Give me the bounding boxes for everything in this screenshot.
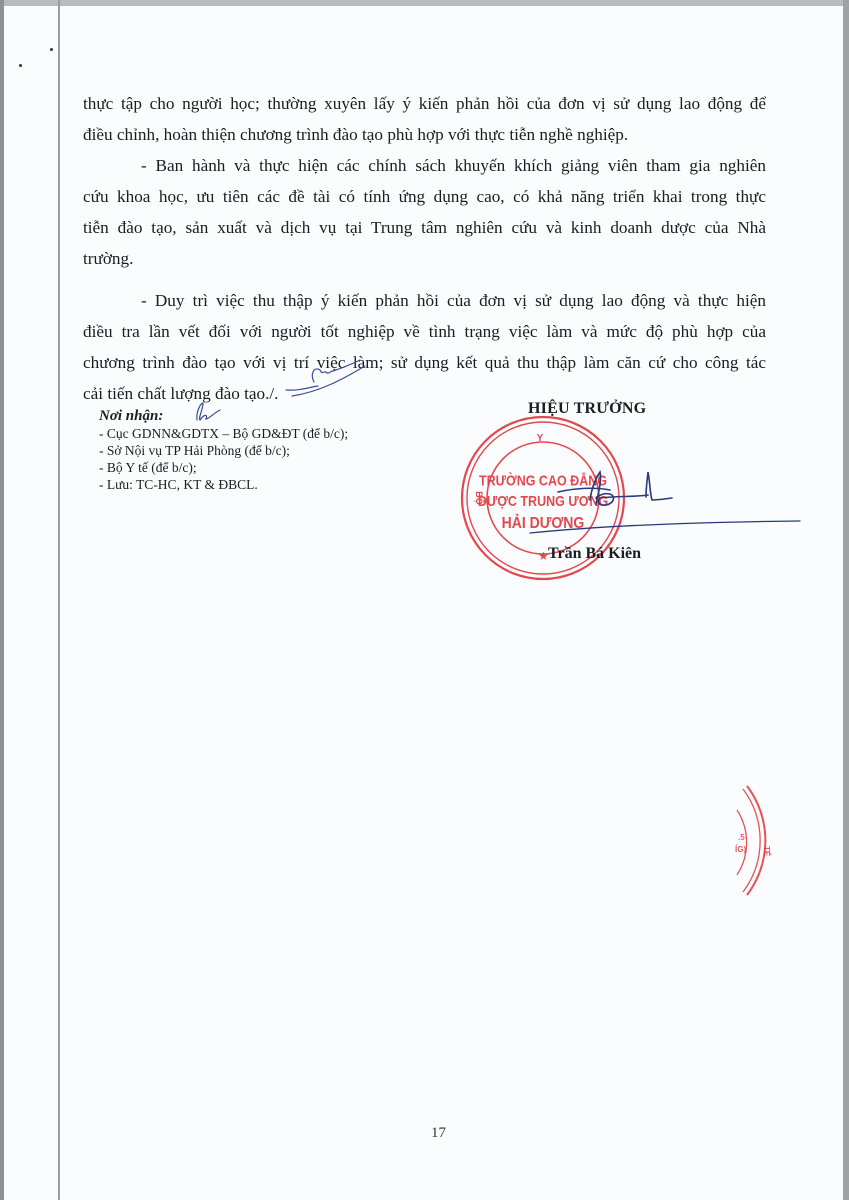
- svg-text:Y: Y: [537, 433, 544, 444]
- initial-mark: [286, 360, 365, 396]
- signer-name: Trần Bá Kiên: [548, 545, 641, 563]
- svg-text:DƯỢC TRUNG ƯƠNG: DƯỢC TRUNG ƯƠNG: [478, 493, 608, 509]
- page-number: 17: [431, 1125, 446, 1142]
- ink-overlay: Y TRƯỜNG CAO ĐẲNG DƯỢC TRUNG ƯƠNG HẢI DƯ…: [0, 0, 849, 1200]
- partial-stamp-text: .5 ÍG) TẾ: [735, 833, 772, 857]
- svg-text:TRƯỜNG CAO ĐẲNG: TRƯỜNG CAO ĐẲNG: [479, 472, 607, 488]
- stamp-text: Y TRƯỜNG CAO ĐẲNG DƯỢC TRUNG ƯƠNG HẢI DƯ…: [474, 433, 608, 563]
- svg-text:TẾ: TẾ: [762, 846, 772, 857]
- recipient-initial-mark: [197, 403, 220, 420]
- svg-text:ÍG): ÍG): [735, 845, 746, 854]
- svg-text:BỘ: BỘ: [474, 491, 485, 505]
- svg-text:.5: .5: [738, 833, 745, 842]
